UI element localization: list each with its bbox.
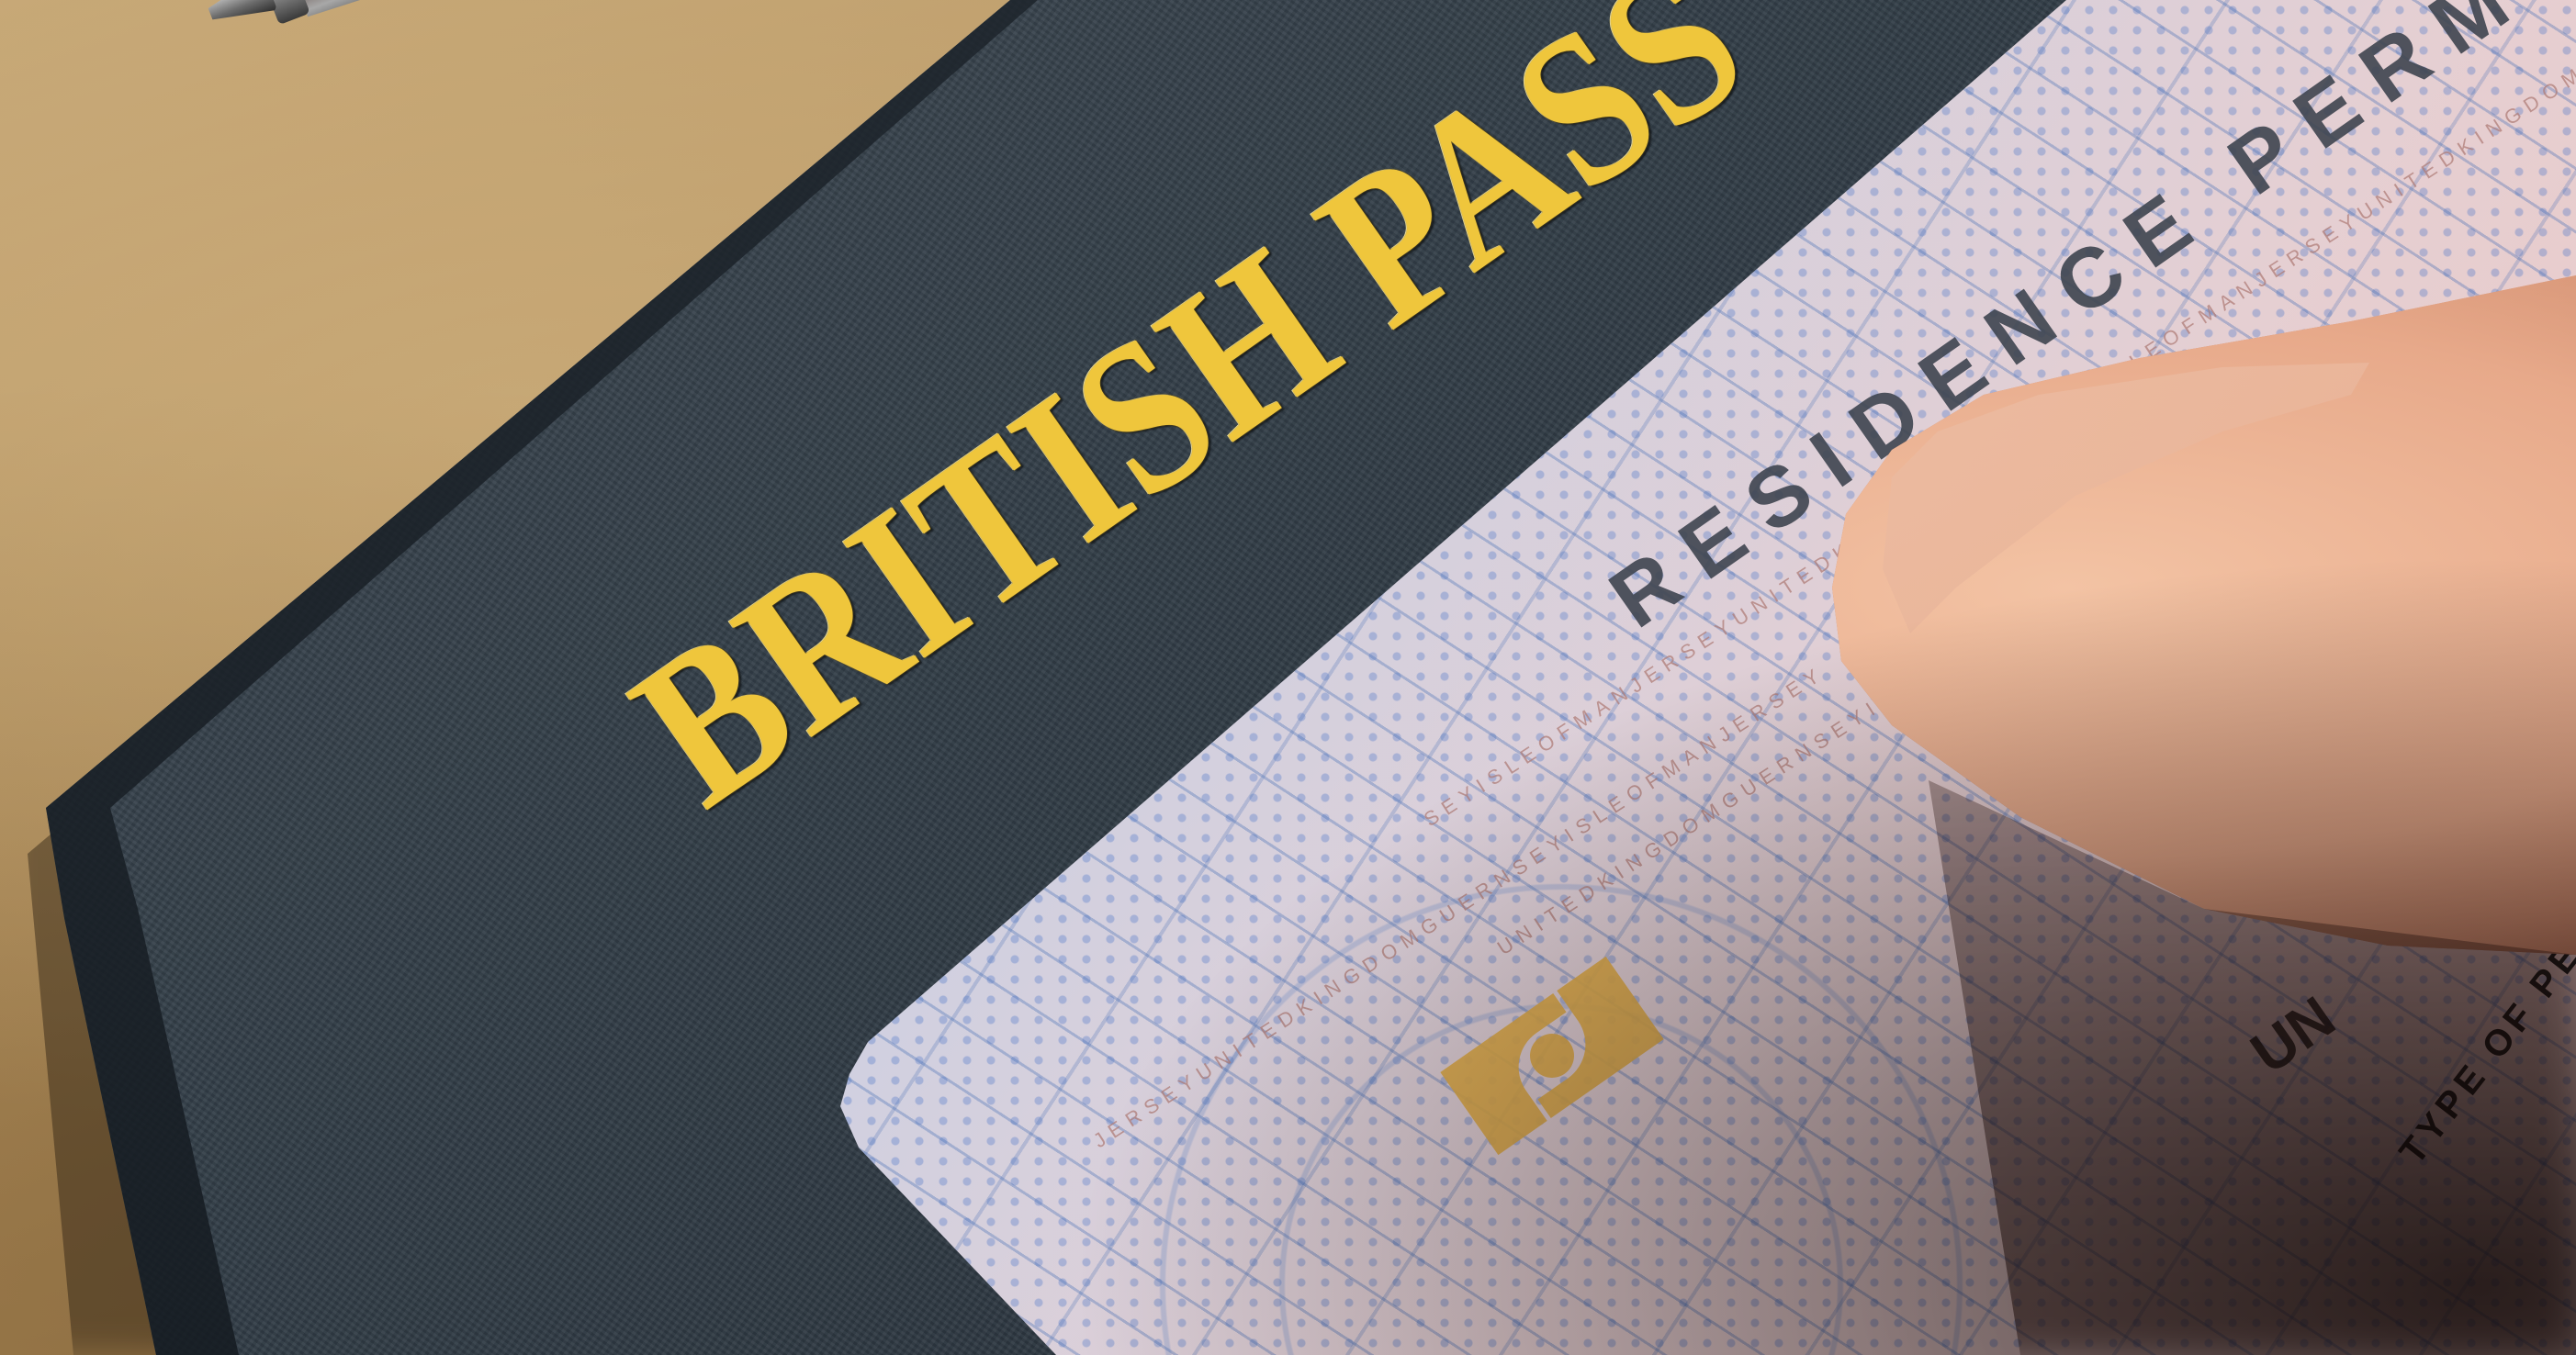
- photo-scene: BRITISH PASS SEYISLEOFMANJERSEYUNITEDKIN…: [0, 0, 2576, 1355]
- vignette: [0, 0, 2576, 1355]
